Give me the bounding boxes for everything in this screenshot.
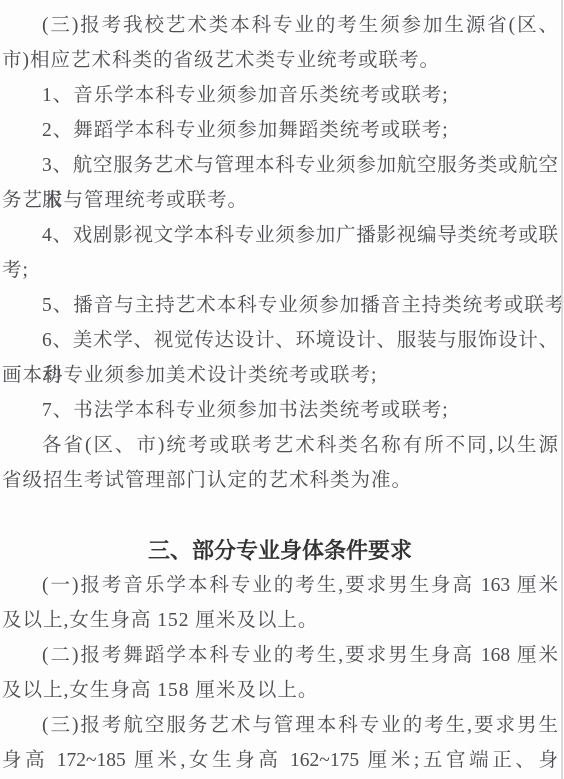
text-line: 6、美术学、视觉传达设计、环境设计、服装与服饰设计、动 (2, 323, 558, 358)
blank-line (2, 498, 558, 533)
text-line: (三)报考我校艺术类本科专业的考生须参加生源省(区、 (2, 8, 558, 43)
text-line: 务艺术与管理统考或联考。 (2, 183, 558, 218)
text-line: 各省(区、市)统考或联考艺术科类名称有所不同,以生源 (2, 428, 558, 463)
text-line: 省级招生考试管理部门认定的艺术科类为准。 (2, 463, 558, 498)
text-line: 1、音乐学本科专业须参加音乐类统考或联考; (2, 78, 558, 113)
document-viewer: { "colors": { "background": "#fdfdfd", "… (0, 0, 564, 779)
text-line: 4、戏剧影视文学本科专业须参加广播影视编导类统考或联 (2, 218, 558, 253)
text-line: 及以上,女生身高 152 厘米及以上。 (2, 603, 558, 638)
page-right-edge (561, 0, 563, 779)
text-line: 3、航空服务艺术与管理本科专业须参加航空服务类或航空服 (2, 148, 558, 183)
document-page: (三)报考我校艺术类本科专业的考生须参加生源省(区、市)相应艺术科类的省级艺术类… (0, 0, 564, 779)
text-line: 身高 172~185 厘米,女生身高 162~175 厘米;五官端正、身 (2, 743, 558, 778)
text-line: (二)报考舞蹈学本科专业的考生,要求男生身高 168 厘米 (2, 638, 558, 673)
text-line: 2、舞蹈学本科专业须参加舞蹈类统考或联考; (2, 113, 558, 148)
text-line: (三)报考航空服务艺术与管理本科专业的考生,要求男生 (2, 708, 558, 743)
text-line: 5、播音与主持艺术本科专业须参加播音主持类统考或联考; (2, 288, 558, 323)
section-heading: 三、部分专业身体条件要求 (2, 533, 558, 568)
text-line: 市)相应艺术科类的省级艺术类专业统考或联考。 (2, 43, 558, 78)
text-line: 考; (2, 253, 558, 288)
text-line: 画本科专业须参加美术设计类统考或联考; (2, 358, 558, 393)
text-line: (一)报考音乐学本科专业的考生,要求男生身高 163 厘米 (2, 568, 558, 603)
text-line: 及以上,女生身高 158 厘米及以上。 (2, 673, 558, 708)
text-line: 7、书法学本科专业须参加书法类统考或联考; (2, 393, 558, 428)
